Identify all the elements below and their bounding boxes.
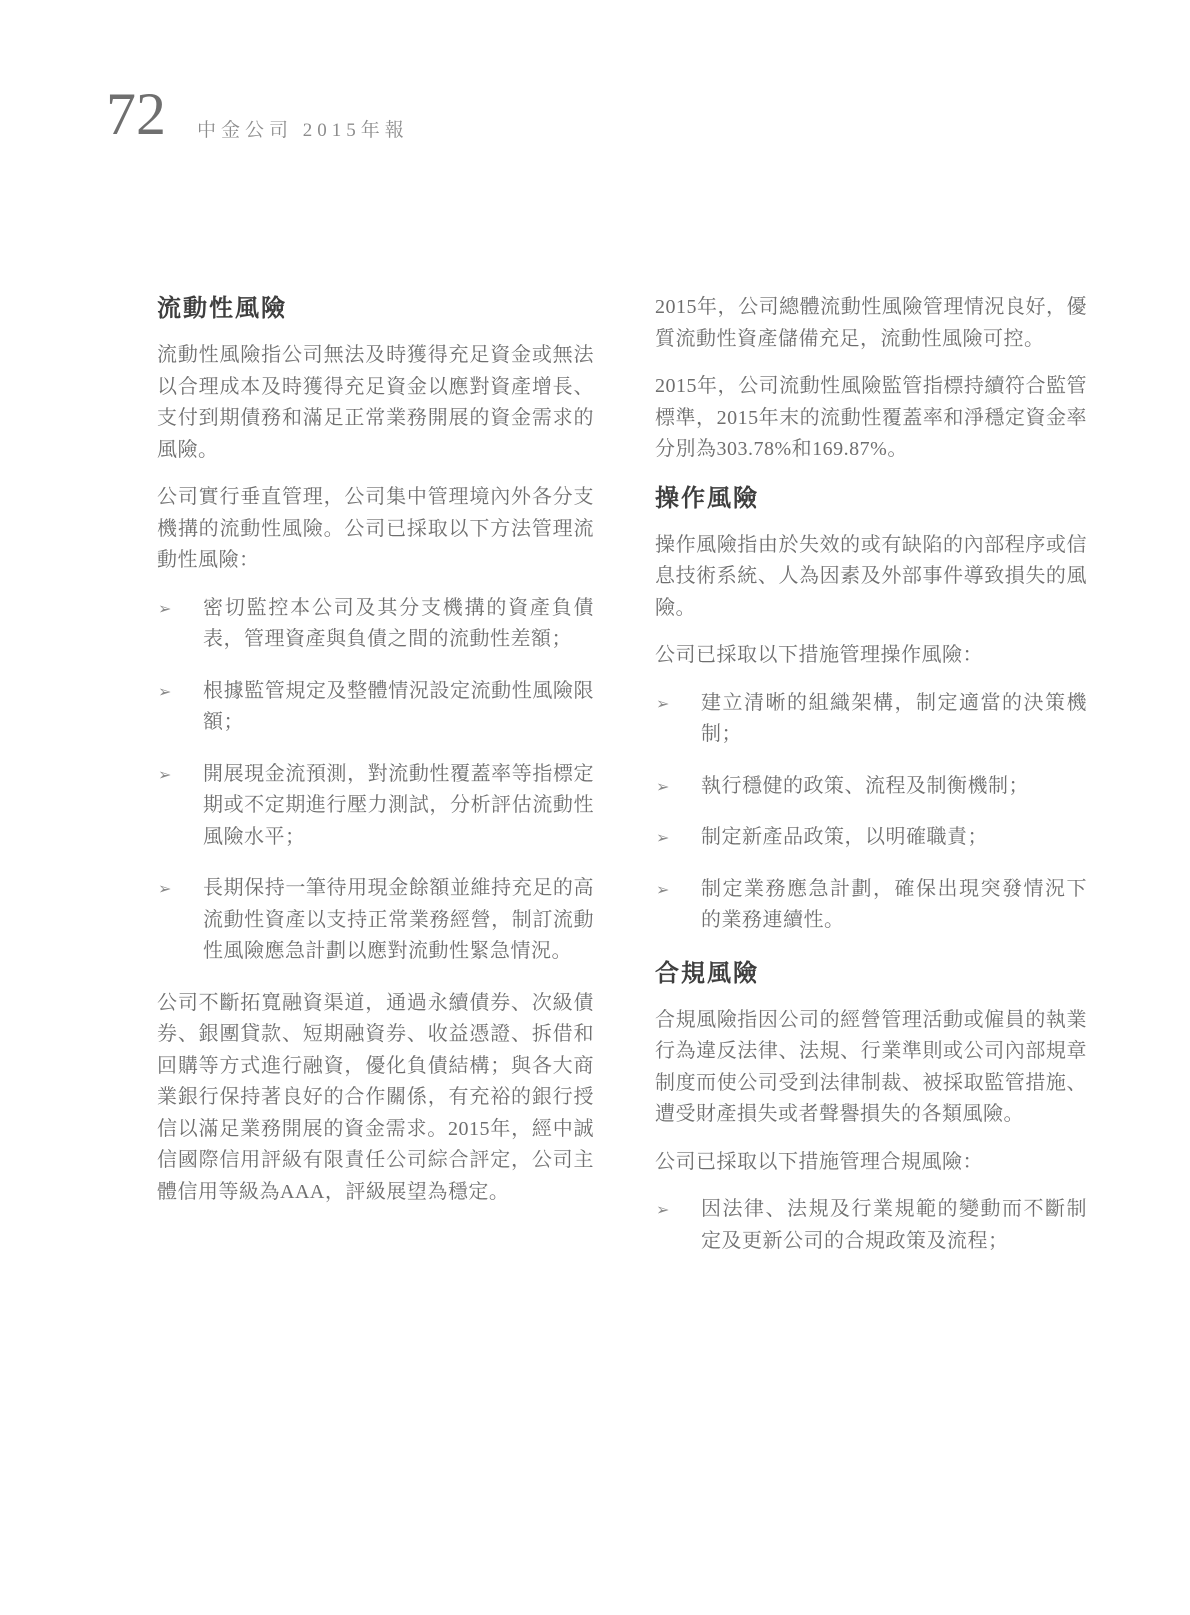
arrow-bullet-icon: ➢ [158,677,171,709]
list-item: ➢ 密切監控本公司及其分支機搆的資產負債表，管理資產與負債之間的流動性差額； [157,593,594,656]
paragraph: 公司實行垂直管理，公司集中管理境內外各分支機搆的流動性風險。公司已採取以下方法管… [157,482,594,577]
paragraph: 流動性風險指公司無法及時獲得充足資金或無法以合理成本及時獲得充足資金以應對資產增… [157,340,594,466]
paragraph: 2015年，公司流動性風險監管指標持續符合監管標準，2015年末的流動性覆蓋率和… [655,371,1087,466]
compliance-measures-list: ➢ 因法律、法規及行業規範的變動而不斷制定及更新公司的合規政策及流程； [655,1194,1087,1257]
list-item-text: 開展現金流預測，對流動性覆蓋率等指標定期或不定期進行壓力測試，分析評估流動性風險… [203,763,594,848]
arrow-bullet-icon: ➢ [158,594,171,626]
paragraph: 公司已採取以下措施管理操作風險： [655,640,1087,672]
arrow-bullet-icon: ➢ [656,875,669,907]
arrow-bullet-icon: ➢ [158,874,171,906]
arrow-bullet-icon: ➢ [656,823,669,855]
operational-measures-list: ➢ 建立清晰的組織架構，制定適當的決策機制； ➢ 執行穩健的政策、流程及制衡機制… [655,688,1087,937]
right-column: 2015年，公司總體流動性風險管理情況良好，優質流動性資產儲備充足，流動性風險可… [655,292,1087,1277]
list-item: ➢ 執行穩健的政策、流程及制衡機制； [655,771,1087,803]
list-item-text: 根據監管規定及整體情況設定流動性風險限額； [203,680,594,734]
list-item: ➢ 根據監管規定及整體情況設定流動性風險限額； [157,676,594,739]
list-item: ➢ 建立清晰的組織架構，制定適當的決策機制； [655,688,1087,751]
report-page: 72 中金公司 2015年報 流動性風險 流動性風險指公司無法及時獲得充足資金或… [0,0,1190,1615]
arrow-bullet-icon: ➢ [656,1195,669,1227]
list-item: ➢ 因法律、法規及行業規範的變動而不斷制定及更新公司的合規政策及流程； [655,1194,1087,1257]
list-item-text: 制定新產品政策，以明確職責； [701,826,988,848]
list-item-text: 建立清晰的組織架構，制定適當的決策機制； [701,692,1087,746]
arrow-bullet-icon: ➢ [656,689,669,721]
arrow-bullet-icon: ➢ [158,760,171,792]
list-item-text: 長期保持一筆待用現金餘額並維持充足的高流動性資產以支持正常業務經營，制訂流動性風… [203,877,594,962]
list-item: ➢ 制定新產品政策，以明確職責； [655,822,1087,854]
section-heading-operational-risk: 操作風險 [655,482,1087,516]
paragraph: 合規風險指因公司的經營管理活動或僱員的執業行為違反法律、法規、行業準則或公司內部… [655,1005,1087,1131]
list-item: ➢ 長期保持一筆待用現金餘額並維持充足的高流動性資產以支持正常業務經營，制訂流動… [157,873,594,968]
page-number: 72 [106,84,166,144]
list-item: ➢ 制定業務應急計劃，確保出現突發情況下的業務連續性。 [655,874,1087,937]
list-item-text: 因法律、法規及行業規範的變動而不斷制定及更新公司的合規政策及流程； [701,1198,1087,1252]
paragraph: 操作風險指由於失效的或有缺陷的內部程序或信息技術系統、人為因素及外部事件導致損失… [655,530,1087,625]
list-item-text: 密切監控本公司及其分支機搆的資產負債表，管理資產與負債之間的流動性差額； [203,597,594,651]
left-column: 流動性風險 流動性風險指公司無法及時獲得充足資金或無法以合理成本及時獲得充足資金… [157,292,594,1224]
paragraph: 公司已採取以下措施管理合規風險： [655,1147,1087,1179]
list-item: ➢ 開展現金流預測，對流動性覆蓋率等指標定期或不定期進行壓力測試，分析評估流動性… [157,759,594,854]
report-title: 中金公司 2015年報 [197,120,409,143]
paragraph: 2015年，公司總體流動性風險管理情況良好，優質流動性資產儲備充足，流動性風險可… [655,292,1087,355]
list-item-text: 執行穩健的政策、流程及制衡機制； [701,775,1029,797]
list-item-text: 制定業務應急計劃，確保出現突發情況下的業務連續性。 [701,878,1087,932]
section-heading-compliance-risk: 合規風險 [655,957,1087,991]
arrow-bullet-icon: ➢ [656,772,669,804]
liquidity-measures-list: ➢ 密切監控本公司及其分支機搆的資產負債表，管理資產與負債之間的流動性差額； ➢… [157,593,594,968]
paragraph: 公司不斷拓寬融資渠道，通過永續債券、次級債券、銀團貸款、短期融資券、收益憑證、拆… [157,988,594,1209]
section-heading-liquidity-risk: 流動性風險 [157,292,594,326]
